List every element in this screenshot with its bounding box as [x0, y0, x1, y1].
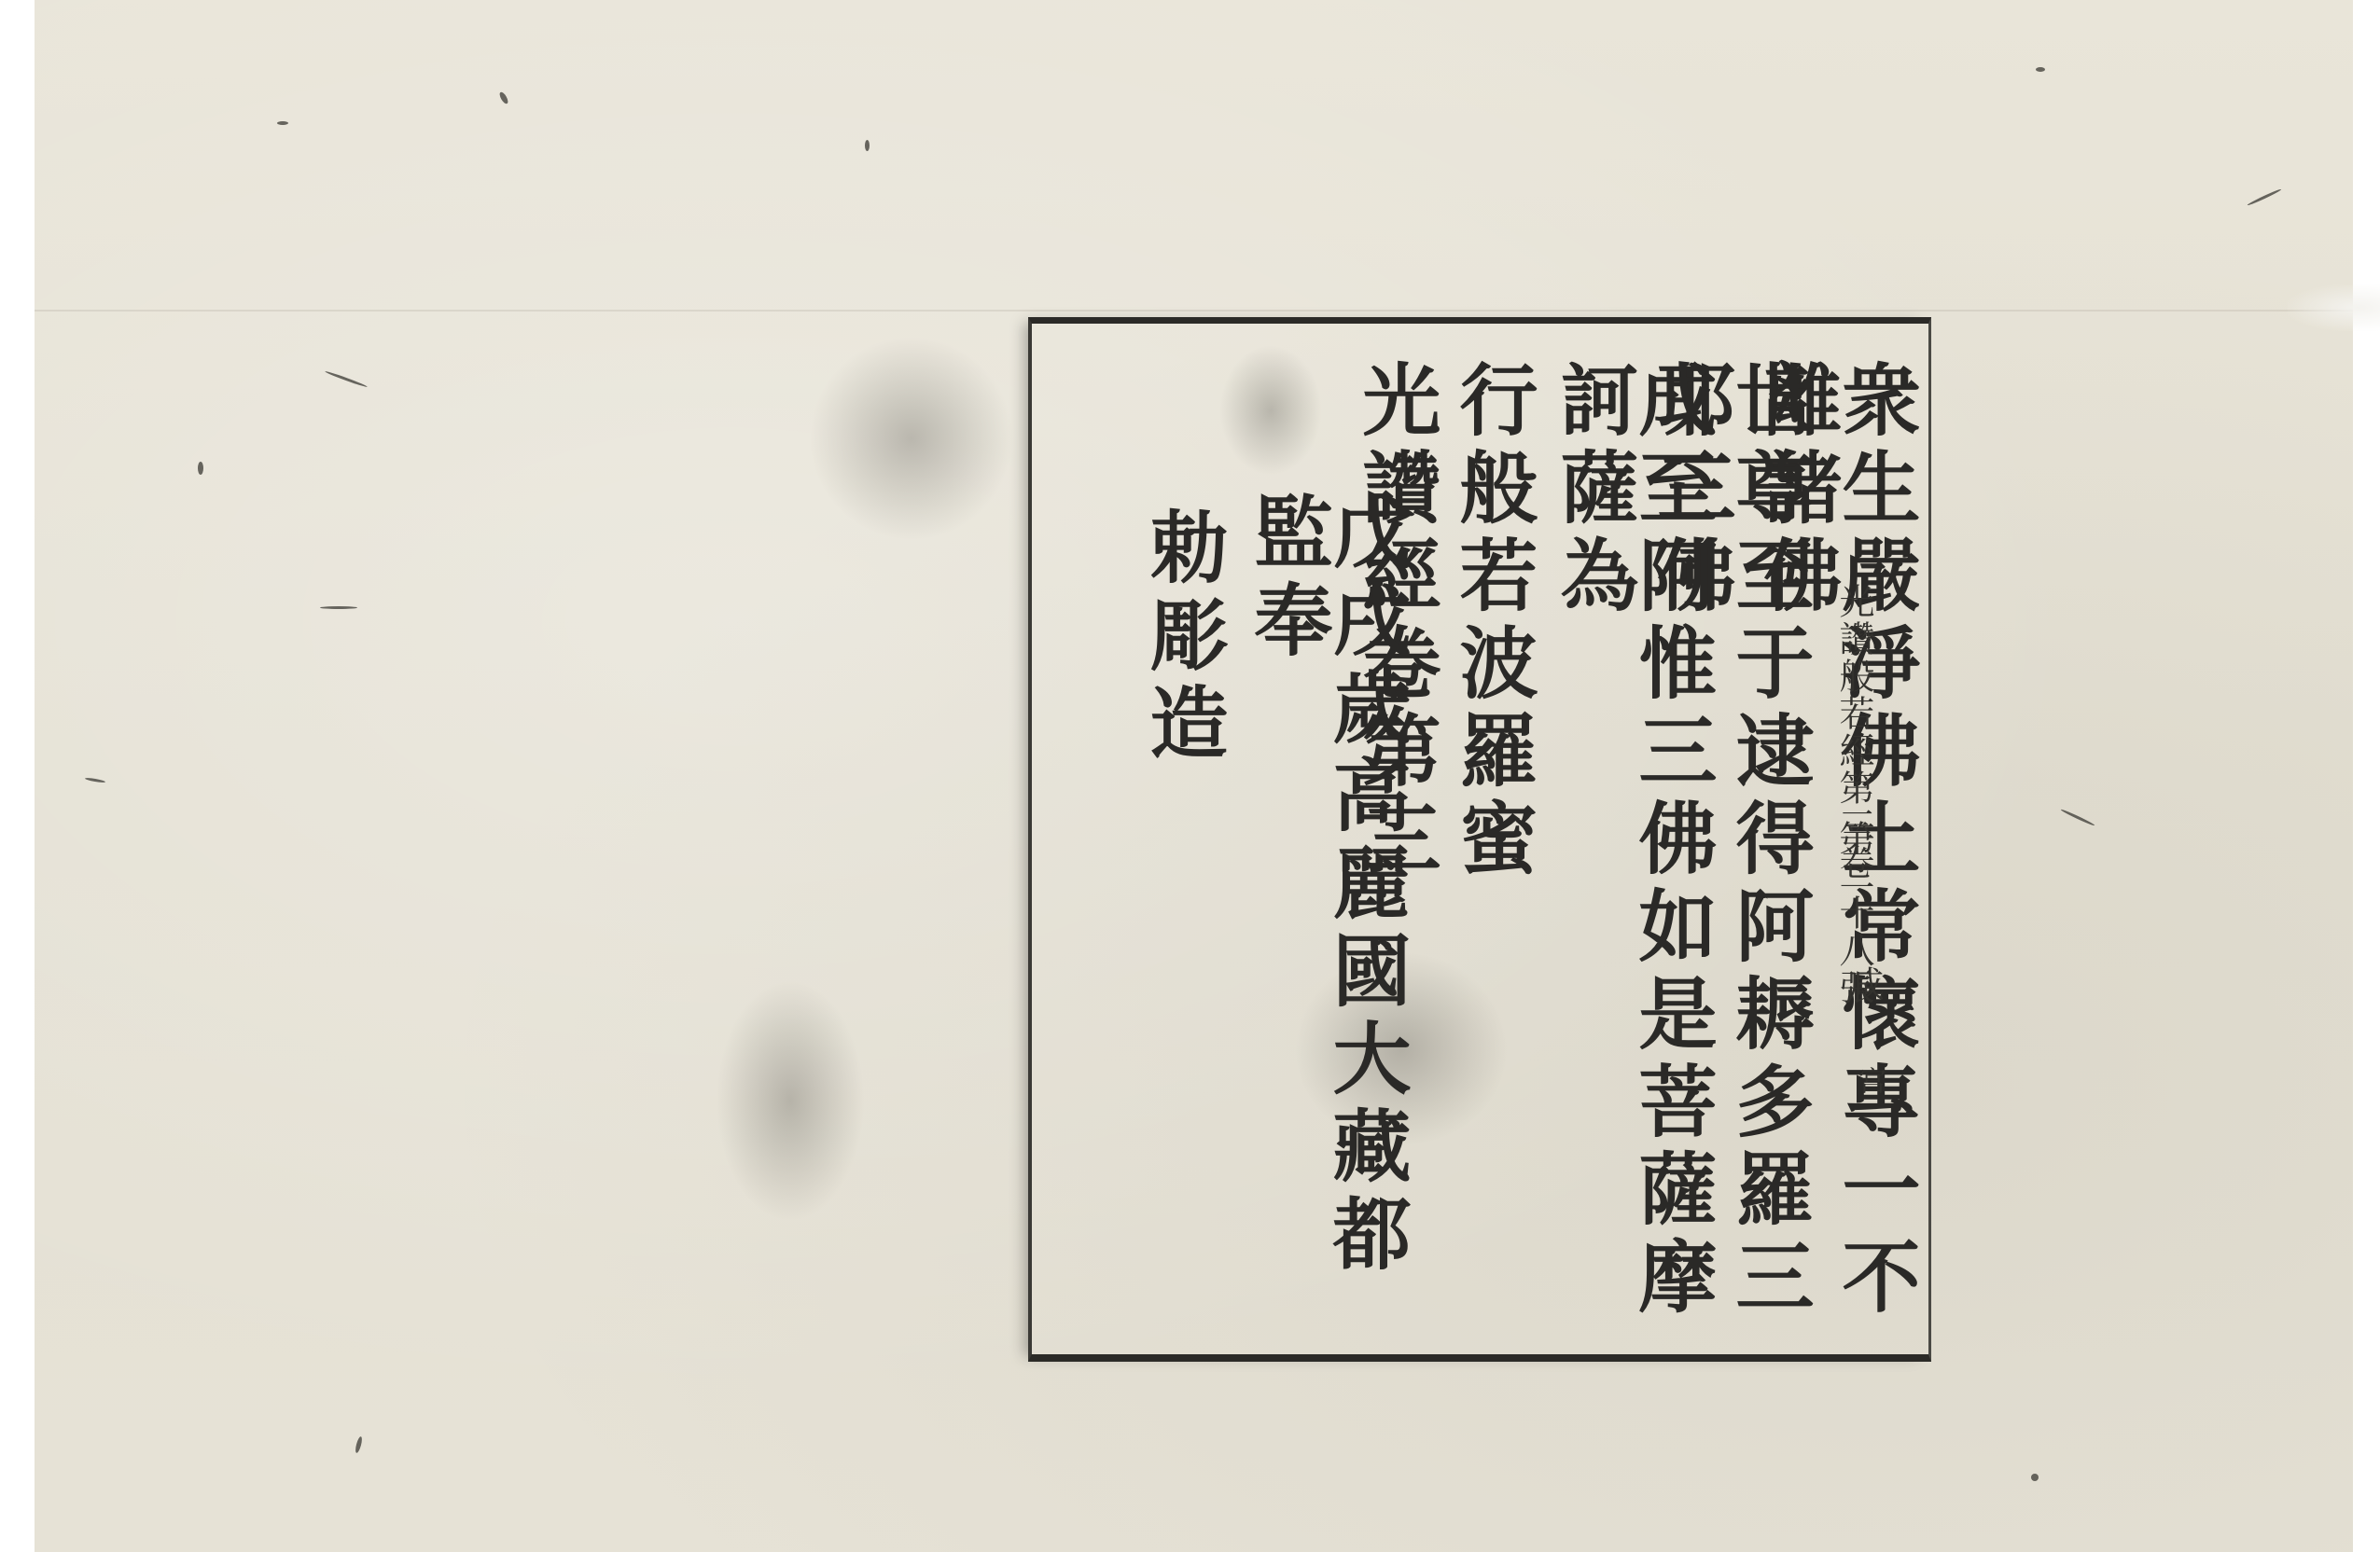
ink-speck — [320, 606, 357, 609]
ink-speck — [2060, 809, 2095, 827]
ink-speck — [85, 777, 105, 783]
ink-smudge — [809, 336, 1014, 541]
colophon-decree-line: 勅彫造 — [1144, 506, 1222, 769]
ink-speck — [2247, 188, 2282, 207]
text-column-3: 成至阿惟三佛如是菩薩摩訶薩為 — [1554, 359, 1711, 1354]
ink-speck — [198, 462, 203, 475]
fold-line — [35, 310, 2353, 312]
ink-speck — [325, 370, 368, 388]
text-frame: 衆生嚴淨佛土常懷專一不離諸佛 世尊至于逮得阿耨多羅三耶三佛 成至阿惟三佛如是菩薩… — [1028, 317, 1931, 1362]
ink-speck — [277, 121, 288, 125]
carver-mark-1: 咸 — [1845, 965, 1881, 1003]
ink-speck — [2031, 1474, 2039, 1481]
ink-speck — [498, 90, 509, 104]
text-column-4: 行般若波羅蜜 — [1454, 359, 1532, 885]
paper-tear — [2288, 284, 2380, 331]
carver-mark-2: 宫 — [1855, 1066, 1883, 1096]
ink-speck — [355, 1436, 363, 1454]
ink-speck — [865, 140, 870, 151]
ink-smudge — [716, 979, 865, 1222]
colophon-date-line: 戊戌歲高麗國大藏都監奉 — [1248, 492, 1405, 1354]
ink-speck — [2036, 67, 2045, 72]
